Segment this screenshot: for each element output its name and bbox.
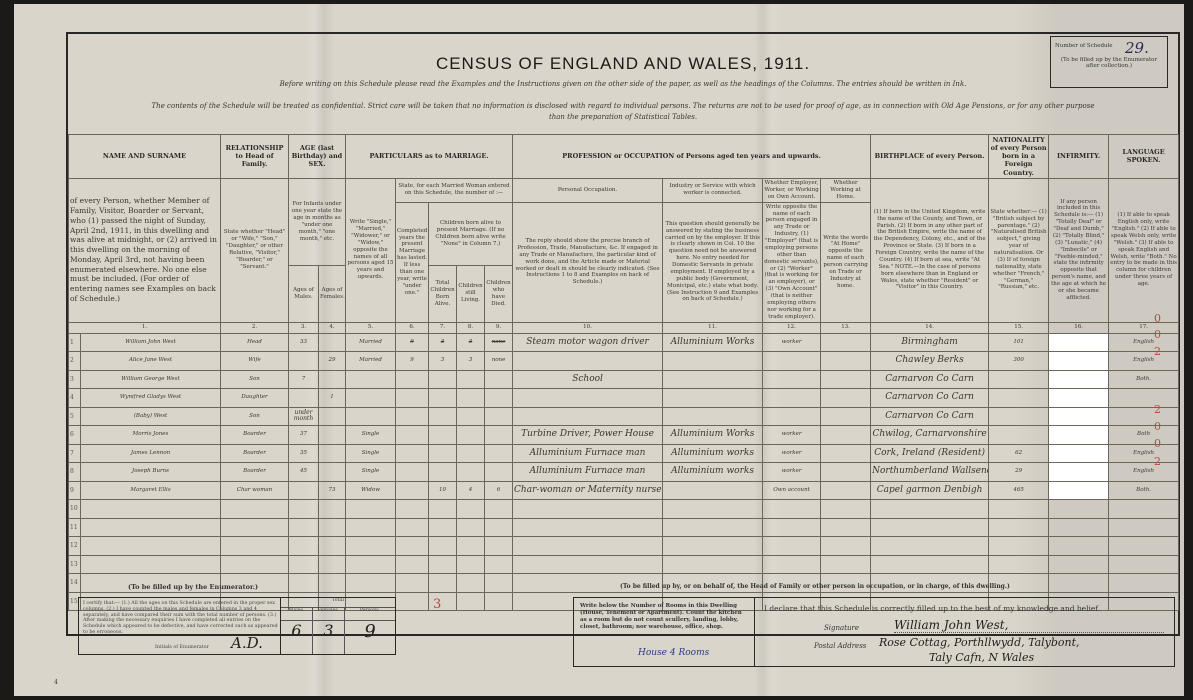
employer-status-cell: [763, 370, 821, 389]
age-female-cell: [319, 426, 346, 445]
language-cell: English: [1109, 333, 1179, 352]
industry-cell: [663, 352, 763, 371]
marital-status-cell: Widow: [346, 481, 396, 500]
age-female-cell: [319, 407, 346, 426]
header-age: AGE (last Birthday) and SEX.: [289, 135, 346, 179]
enumerator-initials: A.D.: [231, 634, 263, 652]
infirmity-cell: [1049, 518, 1109, 537]
industry-cell: Alluminium Works: [663, 333, 763, 352]
age-male-cell: [289, 352, 319, 371]
name-cell: William George West: [81, 370, 221, 389]
personal-occupation-header: Personal Occupation.: [513, 178, 663, 202]
marital-status-cell: [346, 537, 396, 556]
nationality-cell: [989, 407, 1049, 426]
language-cell: [1109, 555, 1179, 574]
children-died-cell: [485, 500, 513, 519]
marriage-years-cell: 9: [396, 352, 429, 371]
row-number: 7: [69, 444, 81, 463]
marriage-years-cell: [396, 426, 429, 445]
occupation-cell: [513, 407, 663, 426]
row-number: 1: [69, 333, 81, 352]
relationship-cell: [221, 555, 289, 574]
table-row: 10: [69, 500, 1179, 519]
marriage-years-cell: [396, 518, 429, 537]
row-number: 13: [69, 555, 81, 574]
completed-years-description: Completed years the present Marriage has…: [396, 202, 429, 322]
children-living-cell: 3: [457, 352, 485, 371]
occupation-cell: [513, 537, 663, 556]
children-total-cell: [429, 389, 457, 408]
bottom-section: (To be filled up by the Enumerator.) I c…: [68, 579, 1178, 634]
postal-address-label: Postal Address: [814, 642, 866, 650]
industry-cell: [663, 370, 763, 389]
infirmity-cell: [1049, 352, 1109, 371]
table-row: 4Wynifred Gladys WestDaughter1Carnarvon …: [69, 389, 1179, 408]
industry-cell: [663, 500, 763, 519]
margin-annotation: 0: [1154, 437, 1161, 450]
household-rows: 1William John WestHead33Married933noneSt…: [69, 333, 1179, 611]
row-number: 2: [69, 352, 81, 371]
children-total-cell: [429, 407, 457, 426]
nationality-cell: [989, 370, 1049, 389]
col-num: 6.: [396, 322, 429, 333]
rooms-count: House 4 Rooms: [638, 648, 709, 658]
age-female-cell: [319, 333, 346, 352]
occupation-cell: Steam motor wagon driver: [513, 333, 663, 352]
employer-status-cell: worker: [763, 333, 821, 352]
row-number: 4: [69, 389, 81, 408]
birthplace-cell: Carnarvon Co Carn: [871, 389, 989, 408]
col-num: 9.: [485, 322, 513, 333]
at-home-header: Whether Working at Home.: [821, 178, 871, 202]
nationality-cell: [989, 537, 1049, 556]
nationality-description: State whether:— (1) "British subject by …: [989, 178, 1049, 322]
industry-cell: [663, 389, 763, 408]
at-home-description: Write the words "At Home" opposite the n…: [821, 202, 871, 322]
children-died-cell: [485, 537, 513, 556]
table-row: 11: [69, 518, 1179, 537]
at-home-cell: [821, 426, 871, 445]
at-home-cell: [821, 481, 871, 500]
age-female-cell: [319, 444, 346, 463]
infirmity-cell: [1049, 444, 1109, 463]
birthplace-cell: [871, 537, 989, 556]
name-cell: [81, 500, 221, 519]
employer-status-cell: worker: [763, 444, 821, 463]
at-home-cell: [821, 407, 871, 426]
census-form-paper: CENSUS OF ENGLAND AND WALES, 1911. Befor…: [14, 4, 1184, 696]
nationality-cell: [989, 389, 1049, 408]
marriage-years-cell: [396, 463, 429, 482]
header-name: NAME AND SURNAME: [69, 135, 221, 179]
margin-annotation: 2: [1154, 403, 1161, 416]
employer-status-cell: [763, 555, 821, 574]
industry-cell: [663, 518, 763, 537]
total-children-header: Total Children Born Alive.: [429, 266, 457, 322]
children-living-cell: 3: [457, 333, 485, 352]
postal-address-line-2: Taly Cafn, N Wales: [929, 651, 1034, 664]
nationality-cell: 29: [989, 463, 1049, 482]
age-male-cell: 35: [289, 444, 319, 463]
language-cell: English: [1109, 444, 1179, 463]
header-relationship: RELATIONSHIP to Head of Family.: [221, 135, 289, 179]
infirmity-cell: [1049, 389, 1109, 408]
personal-occupation-description: The reply should show the precise branch…: [513, 202, 663, 322]
birthplace-cell: Carnarvon Co Carn: [871, 370, 989, 389]
children-living-cell: [457, 537, 485, 556]
relationship-description: State whether "Head" or "Wife," "Son," "…: [221, 178, 289, 322]
col-num: 11.: [663, 322, 763, 333]
nationality-cell: [989, 426, 1049, 445]
marital-status-cell: [346, 407, 396, 426]
schedule-number-label: Number of Schedule: [1055, 43, 1113, 49]
children-died-cell: none: [485, 333, 513, 352]
children-living-cell: [457, 555, 485, 574]
name-cell: James Lennon: [81, 444, 221, 463]
margin-annotation: 0: [1154, 312, 1161, 325]
children-total-cell: [429, 444, 457, 463]
header-occupation: PROFESSION or OCCUPATION of Persons aged…: [513, 135, 871, 179]
industry-cell: [663, 537, 763, 556]
birthplace-cell: Carnarvon Co Carn: [871, 407, 989, 426]
children-died-header: Children who have Died.: [485, 266, 513, 322]
dwelling-box: Write below the Number of Rooms in this …: [573, 597, 1175, 667]
employer-status-cell: [763, 352, 821, 371]
infirmity-cell: [1049, 555, 1109, 574]
table-row: 3William George WestSon7SchoolCarnarvon …: [69, 370, 1179, 389]
age-male-cell: [289, 518, 319, 537]
signature: William John West,: [894, 618, 1164, 633]
males-label: Males.: [281, 608, 313, 620]
relationship-cell: [221, 500, 289, 519]
industry-cell: [663, 407, 763, 426]
children-died-cell: [485, 389, 513, 408]
nationality-cell: 101: [989, 333, 1049, 352]
at-home-cell: [821, 537, 871, 556]
children-died-cell: [485, 463, 513, 482]
relationship-cell: Son: [221, 370, 289, 389]
industry-cell: Alluminium works: [663, 463, 763, 482]
postal-address-line-1: Rose Cottag, Porthllwydd, Talybont,: [879, 636, 1080, 649]
infirmity-cell: [1049, 481, 1109, 500]
infirmity-cell: [1049, 537, 1109, 556]
age-male-cell: [289, 481, 319, 500]
dwelling-heading: (To be filled up by, or on behalf of, th…: [620, 583, 1010, 590]
col-num: 3.: [289, 322, 319, 333]
col-num: 15.: [989, 322, 1049, 333]
col-num: 16.: [1049, 322, 1109, 333]
schedule-number-note: (To be filled up by the Enumerator after…: [1055, 57, 1163, 69]
females-label: Females.: [313, 608, 345, 620]
name-cell: [81, 518, 221, 537]
infirmity-cell: [1049, 463, 1109, 482]
instruction-line-3: than the preparation of Statistical Tabl…: [68, 113, 1178, 121]
birthplace-cell: Cork, Ireland (Resident): [871, 444, 989, 463]
table-row: 1William John WestHead33Married933noneSt…: [69, 333, 1179, 352]
birthplace-cell: Northumberland Wallsend: [871, 463, 989, 482]
red-mark: 3: [433, 597, 441, 612]
children-living-cell: [457, 389, 485, 408]
at-home-cell: [821, 333, 871, 352]
col-num: 8.: [457, 322, 485, 333]
birthplace-cell: Capel garmon Denbigh: [871, 481, 989, 500]
employer-status-cell: Own account: [763, 481, 821, 500]
at-home-cell: [821, 444, 871, 463]
relationship-cell: Son: [221, 407, 289, 426]
age-male-cell: 33: [289, 333, 319, 352]
children-total-cell: [429, 518, 457, 537]
children-total-cell: [429, 463, 457, 482]
children-died-cell: [485, 370, 513, 389]
nationality-cell: 62: [989, 444, 1049, 463]
employer-status-cell: [763, 500, 821, 519]
header-nationality: NATIONALITY of every Person born in a Fo…: [989, 135, 1049, 179]
col-num: 4.: [319, 322, 346, 333]
margin-annotation: 2: [1154, 455, 1161, 468]
children-died-cell: none: [485, 352, 513, 371]
row-number: 11: [69, 518, 81, 537]
col-num: 10.: [513, 322, 663, 333]
age-female-cell: [319, 500, 346, 519]
birthplace-description: (1) If born in the United Kingdom, write…: [871, 178, 989, 322]
employer-status-cell: worker: [763, 463, 821, 482]
ages-males-header: Ages of Males.: [289, 266, 319, 322]
marital-status-cell: Single: [346, 463, 396, 482]
name-cell: [81, 537, 221, 556]
table-row: 12: [69, 537, 1179, 556]
employer-description: Write opposite the name of each person e…: [763, 202, 821, 322]
occupation-cell: [513, 555, 663, 574]
age-female-cell: [319, 463, 346, 482]
at-home-cell: [821, 555, 871, 574]
document-title: CENSUS OF ENGLAND AND WALES, 1911.: [68, 54, 1178, 74]
marriage-years-cell: 9: [396, 333, 429, 352]
children-total-cell: [429, 555, 457, 574]
instruction-line-1: Before writing on this Schedule please r…: [68, 80, 1178, 88]
marriage-years-cell: [396, 481, 429, 500]
industry-cell: [663, 481, 763, 500]
children-died-cell: 6: [485, 481, 513, 500]
age-female-cell: 1: [319, 389, 346, 408]
marital-status-cell: Married: [346, 352, 396, 371]
occupation-cell: [513, 518, 663, 537]
signature-label: Signature: [824, 624, 859, 632]
occupation-cell: Char-woman or Maternity nurse: [513, 481, 663, 500]
col-num: 5.: [346, 322, 396, 333]
schedule-number-box: Number of Schedule 29. (To be filled up …: [1050, 36, 1168, 88]
header-infirmity: INFIRMITY.: [1049, 135, 1109, 179]
language-cell: Both.: [1109, 481, 1179, 500]
enumerator-certify-text: I certify that:— (1.) All the ages on th…: [83, 601, 278, 636]
age-female-cell: [319, 555, 346, 574]
header-birthplace: BIRTHPLACE of every Person.: [871, 135, 989, 179]
row-number: 8: [69, 463, 81, 482]
header-language: LANGUAGE SPOKEN.: [1109, 135, 1179, 179]
children-total-cell: 3: [429, 352, 457, 371]
at-home-cell: [821, 463, 871, 482]
children-died-cell: [485, 444, 513, 463]
household-table: NAME AND SURNAME RELATIONSHIP to Head of…: [68, 134, 1179, 611]
occupation-cell: [513, 500, 663, 519]
industry-description: This question should generally be answer…: [663, 202, 763, 322]
rooms-box: Write below the Number of Rooms in this …: [574, 598, 755, 666]
name-cell: Alice Jane West: [81, 352, 221, 371]
occupation-cell: [513, 389, 663, 408]
children-living-header: Children still Living.: [457, 266, 485, 322]
initials-label: Initials of Enumerator: [155, 645, 209, 650]
name-cell: [81, 555, 221, 574]
margin-annotation: 0: [1154, 420, 1161, 433]
employer-status-cell: worker: [763, 426, 821, 445]
employer-status-cell: [763, 407, 821, 426]
name-cell: Wynifred Gladys West: [81, 389, 221, 408]
marriage-years-cell: [396, 407, 429, 426]
occupation-cell: [513, 352, 663, 371]
occupation-cell: Turbine Driver, Power House: [513, 426, 663, 445]
schedule-number: 29.: [1125, 39, 1149, 57]
relationship-cell: Head: [221, 333, 289, 352]
females-total: 3: [313, 621, 345, 654]
language-cell: [1109, 500, 1179, 519]
row-number: 10: [69, 500, 81, 519]
marital-status-cell: Single: [346, 426, 396, 445]
col-num: 17.: [1109, 322, 1179, 333]
age-male-cell: [289, 389, 319, 408]
marriage-years-cell: [396, 555, 429, 574]
enumerator-box: I certify that:— (1.) All the ages on th…: [78, 597, 396, 655]
nationality-cell: [989, 555, 1049, 574]
col-num: 12.: [763, 322, 821, 333]
children-total-cell: [429, 537, 457, 556]
col-num: 7.: [429, 322, 457, 333]
relationship-cell: Boarder: [221, 444, 289, 463]
children-living-cell: [457, 500, 485, 519]
at-home-cell: [821, 500, 871, 519]
industry-cell: Alluminium Works: [663, 426, 763, 445]
age-male-cell: under month: [289, 407, 319, 426]
infirmity-cell: [1049, 500, 1109, 519]
industry-cell: [663, 555, 763, 574]
children-living-cell: [457, 426, 485, 445]
col-num: 14.: [871, 322, 989, 333]
margin-annotation: 0: [1154, 328, 1161, 341]
at-home-cell: [821, 518, 871, 537]
occupation-cell: Alluminium Furnace man: [513, 444, 663, 463]
relationship-cell: [221, 518, 289, 537]
language-cell: English: [1109, 352, 1179, 371]
age-male-cell: [289, 500, 319, 519]
age-male-cell: 45: [289, 463, 319, 482]
infirmity-cell: [1049, 407, 1109, 426]
row-number: 12: [69, 537, 81, 556]
name-cell: (Baby) West: [81, 407, 221, 426]
children-living-cell: [457, 463, 485, 482]
header-marriage: PARTICULARS as to MARRIAGE.: [346, 135, 513, 179]
age-male-cell: [289, 555, 319, 574]
col-num: 2.: [221, 322, 289, 333]
children-died-cell: [485, 555, 513, 574]
table-row: 5(Baby) WestSonunder monthCarnarvon Co C…: [69, 407, 1179, 426]
children-died-cell: [485, 407, 513, 426]
marital-status-cell: [346, 518, 396, 537]
at-home-cell: [821, 370, 871, 389]
relationship-cell: Daughter: [221, 389, 289, 408]
age-male-cell: 37: [289, 426, 319, 445]
age-female-cell: [319, 537, 346, 556]
language-cell: [1109, 537, 1179, 556]
declaration-text: I declare that this Schedule is correctl…: [764, 604, 1100, 613]
occupation-cell: Alluminium Furnace man: [513, 463, 663, 482]
language-description: (1) If able to speak English only, write…: [1109, 178, 1179, 322]
ages-females-header: Ages of Females.: [319, 266, 346, 322]
relationship-cell: Boarder: [221, 463, 289, 482]
children-total-cell: 3: [429, 333, 457, 352]
nationality-cell: 300: [989, 352, 1049, 371]
total-label: Total: [281, 598, 395, 608]
marriage-years-cell: [396, 444, 429, 463]
infirmity-cell: [1049, 370, 1109, 389]
language-cell: [1109, 518, 1179, 537]
language-cell: [1109, 407, 1179, 426]
marital-status-cell: [346, 370, 396, 389]
marital-status-cell: [346, 555, 396, 574]
age-female-cell: 73: [319, 481, 346, 500]
language-cell: English: [1109, 463, 1179, 482]
age-description: For Infants under one year state the age…: [289, 178, 346, 265]
infirmity-cell: [1049, 426, 1109, 445]
industry-header: Industry or Service with which worker is…: [663, 178, 763, 202]
relationship-cell: Wife: [221, 352, 289, 371]
row-number: 9: [69, 481, 81, 500]
row-number: 6: [69, 426, 81, 445]
marital-status-cell: Married: [346, 333, 396, 352]
row-number: 5: [69, 407, 81, 426]
birthplace-cell: Chwilog, Carnarvonshire: [871, 426, 989, 445]
marriage-years-cell: [396, 537, 429, 556]
form-frame: CENSUS OF ENGLAND AND WALES, 1911. Befor…: [66, 32, 1180, 636]
marriage-years-cell: [396, 370, 429, 389]
birthplace-cell: [871, 518, 989, 537]
relationship-cell: Boarder: [221, 426, 289, 445]
age-female-cell: 29: [319, 352, 346, 371]
children-died-cell: [485, 426, 513, 445]
employer-status-cell: [763, 389, 821, 408]
persons-total: 9: [345, 621, 395, 654]
name-cell: Margaret Ellis: [81, 481, 221, 500]
children-living-cell: [457, 518, 485, 537]
children-total-cell: [429, 370, 457, 389]
persons-label: Persons.: [345, 608, 395, 620]
name-cell: Morris Jones: [81, 426, 221, 445]
infirmity-description: If any person included in this Schedule …: [1049, 178, 1109, 322]
birthplace-cell: Chawley Berks: [871, 352, 989, 371]
children-living-cell: [457, 370, 485, 389]
table-row: 6Morris JonesBoarder37SingleTurbine Driv…: [69, 426, 1179, 445]
name-cell: William John West: [81, 333, 221, 352]
table-row: 13: [69, 555, 1179, 574]
at-home-cell: [821, 352, 871, 371]
language-cell: Both: [1109, 426, 1179, 445]
table-row: 8Joseph BurnsBoarder45SingleAlluminium F…: [69, 463, 1179, 482]
infirmity-cell: [1049, 333, 1109, 352]
instruction-line-2: The contents of the Schedule will be tre…: [68, 102, 1178, 110]
children-living-cell: [457, 407, 485, 426]
col-num: 13.: [821, 322, 871, 333]
age-male-cell: [289, 537, 319, 556]
married-woman-description: State, for each Married Woman entered on…: [396, 178, 513, 202]
rooms-instruction: Write below the Number of Rooms in this …: [574, 598, 754, 637]
nationality-cell: 465: [989, 481, 1049, 500]
